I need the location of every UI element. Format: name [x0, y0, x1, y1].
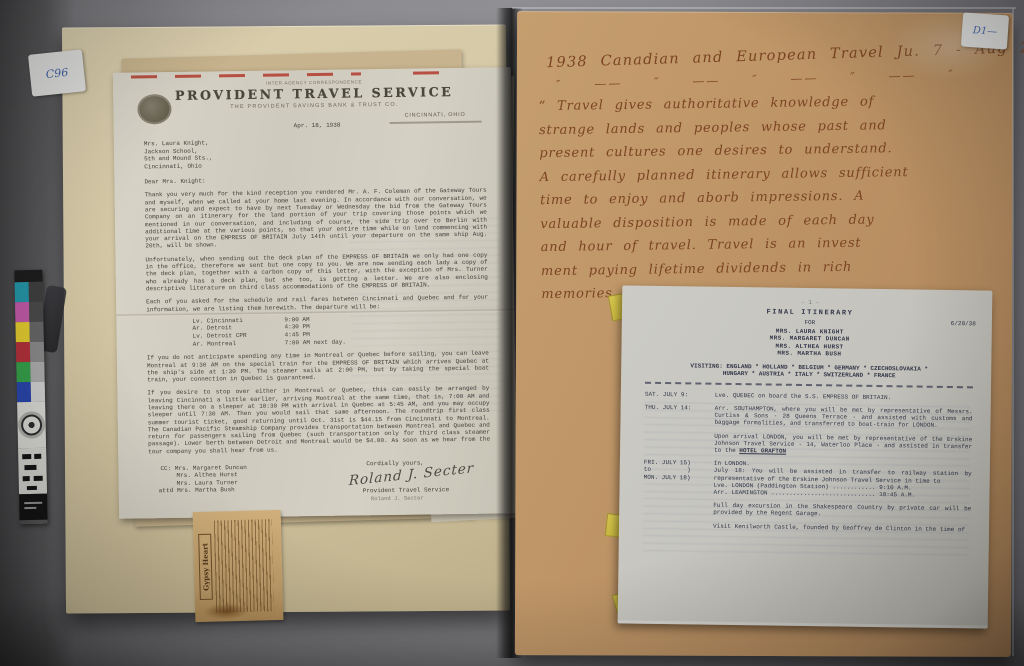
cc-block: CC: Mrs. Margaret Duncan Mrs. Althea Hur…: [160, 464, 247, 495]
newspaper-clipping: Gypsy Heart: [193, 510, 284, 622]
letter-date: Apr. 18, 1938: [294, 120, 486, 130]
entry-text: Full day excursion in the Shakespeare Co…: [713, 502, 971, 520]
provident-letter: CINCINNATI, OHIO INTER-AGENCY CORRESPOND…: [113, 67, 517, 519]
letter-paragraph: Thank you very much for the kind recepti…: [145, 187, 488, 250]
entry-text-body: Arr. SOUTHAMPTON, where you will be met …: [714, 405, 972, 430]
separator-rule: [645, 382, 973, 389]
cc-name: Mrs. Martha Bush: [177, 486, 235, 494]
entry-text: Arr. SOUTHAMPTON, where you will be met …: [714, 405, 972, 430]
registration-target: [17, 402, 46, 449]
entry-text: Lve. QUEBEC on board the S.S. EMPRESS OF…: [715, 392, 973, 403]
catalog-tag-left: C96: [28, 49, 86, 96]
target-circles-icon: [21, 414, 42, 435]
colorbar-swatch-row: [16, 342, 44, 363]
cc-annotation: attd: [159, 487, 174, 495]
entry-date: [643, 501, 705, 516]
visiting-list: VISITING: ENGLAND * HOLLAND * BELGIUM * …: [645, 361, 973, 381]
colorbar-bottom-cap: [19, 494, 48, 521]
itinerary-entry: FRI. JULY 15) to ) MON. JULY 18) In LOND…: [643, 459, 971, 500]
entry-date: [643, 521, 705, 529]
colorbar-black-cap: [14, 270, 42, 283]
schedule-station: Ar. Montreal: [193, 339, 285, 348]
colorbar-swatch-row: [15, 322, 43, 343]
clipping-title: Gypsy Heart: [198, 534, 213, 600]
color-calibration-bar: [14, 270, 47, 525]
itinerary-entry: Visit Kenilworth Castle, founded by Geof…: [643, 521, 971, 533]
entry-text-body: Full day excursion in the Shakespeare Co…: [713, 502, 971, 518]
clipping-poem-text: [214, 519, 274, 612]
letter-paragraph: If you desire to stop over either in Mon…: [147, 385, 490, 455]
itinerary-entry: THU. JULY 14: Arr. SOUTHAMPTON, where yo…: [644, 404, 972, 430]
entry-text: In LONDON. July 18: You will be assisted…: [713, 460, 971, 500]
itinerary-entry: SAT. JULY 9: Lve. QUEBEC on board the S.…: [645, 391, 973, 403]
entry-date: SAT. JULY 9:: [645, 391, 707, 399]
itinerary-entry: Upon arrival LONDON, you will be met by …: [644, 431, 972, 457]
plastic-sleeve-edge: [1012, 8, 1014, 656]
recipient-address: Mrs. Laura Knight, Jackson School, 5th a…: [144, 136, 486, 171]
plastic-sleeve-edge: [512, 7, 1016, 9]
itinerary-booklet: - 1 - FINAL ITINERARY 6/20/38 FOR MRS. L…: [618, 285, 993, 628]
entry-text: Visit Kenilworth Castle, founded by Geof…: [713, 522, 971, 533]
catalog-tag-right: D1—: [961, 12, 1009, 49]
entry-date: [644, 431, 706, 453]
entry-date: FRI. JULY 15) to ) MON. JULY 18): [643, 459, 705, 496]
itinerary-date: 6/20/38: [951, 320, 976, 327]
entry-text: Upon arrival LONDON, you will be met by …: [714, 432, 972, 457]
salutation: Dear Mrs. Knight:: [144, 174, 486, 186]
entry-text-body: In LONDON. July 18: You will be assisted…: [713, 460, 971, 499]
schedule-time: 7:00 AM next day.: [285, 336, 489, 346]
archive-photo: CINCINNATI, OHIO INTER-AGENCY CORRESPOND…: [0, 0, 1024, 666]
colorbar-swatch-row: [15, 282, 43, 303]
colorbar-swatch-row: [17, 382, 45, 403]
colorbar-swatch-row: [16, 362, 44, 383]
entry-text-body: Lve. QUEBEC on board the S.S. EMPRESS OF…: [715, 392, 892, 401]
colorbar-swatch-row: [15, 302, 43, 323]
rail-schedule: Lv. Cincinnati 9:00 AM Ar. Detroit 4:30 …: [192, 313, 488, 348]
entry-date: THU. JULY 14:: [644, 404, 706, 426]
resolution-marks: [18, 448, 47, 495]
signature-org: Provident Travel Service: [363, 486, 450, 494]
clipping-rotated-content: Gypsy Heart: [196, 513, 281, 619]
signature-zone: CC: Mrs. Margaret Duncan Mrs. Althea Hur…: [148, 459, 491, 519]
itinerary-entry: Full day excursion in the Shakespeare Co…: [643, 501, 971, 520]
letter-paragraph: If you do not anticipate spending any ti…: [147, 350, 489, 384]
traveler-names: MRS. LAURA KNIGHT MRS. MARGARET DUNCAN M…: [645, 326, 973, 360]
cc-label: CC:: [160, 465, 171, 473]
handwritten-quote: “ Travel gives authoritative knowledge o…: [539, 89, 992, 307]
entry-text-body: Visit Kenilworth Castle, founded by Geof…: [713, 522, 965, 533]
itinerary-entries: SAT. JULY 9: Lve. QUEBEC on board the S.…: [643, 391, 973, 534]
letter-paragraph: Each of you asked for the schedule and r…: [146, 294, 488, 313]
signature-typed-name: Roland J. Secter: [371, 495, 424, 503]
entry-text-emphasis: HOTEL GRAFTON: [739, 447, 786, 455]
letter-paragraph: Unfortunately, when sending out the deck…: [145, 251, 487, 292]
